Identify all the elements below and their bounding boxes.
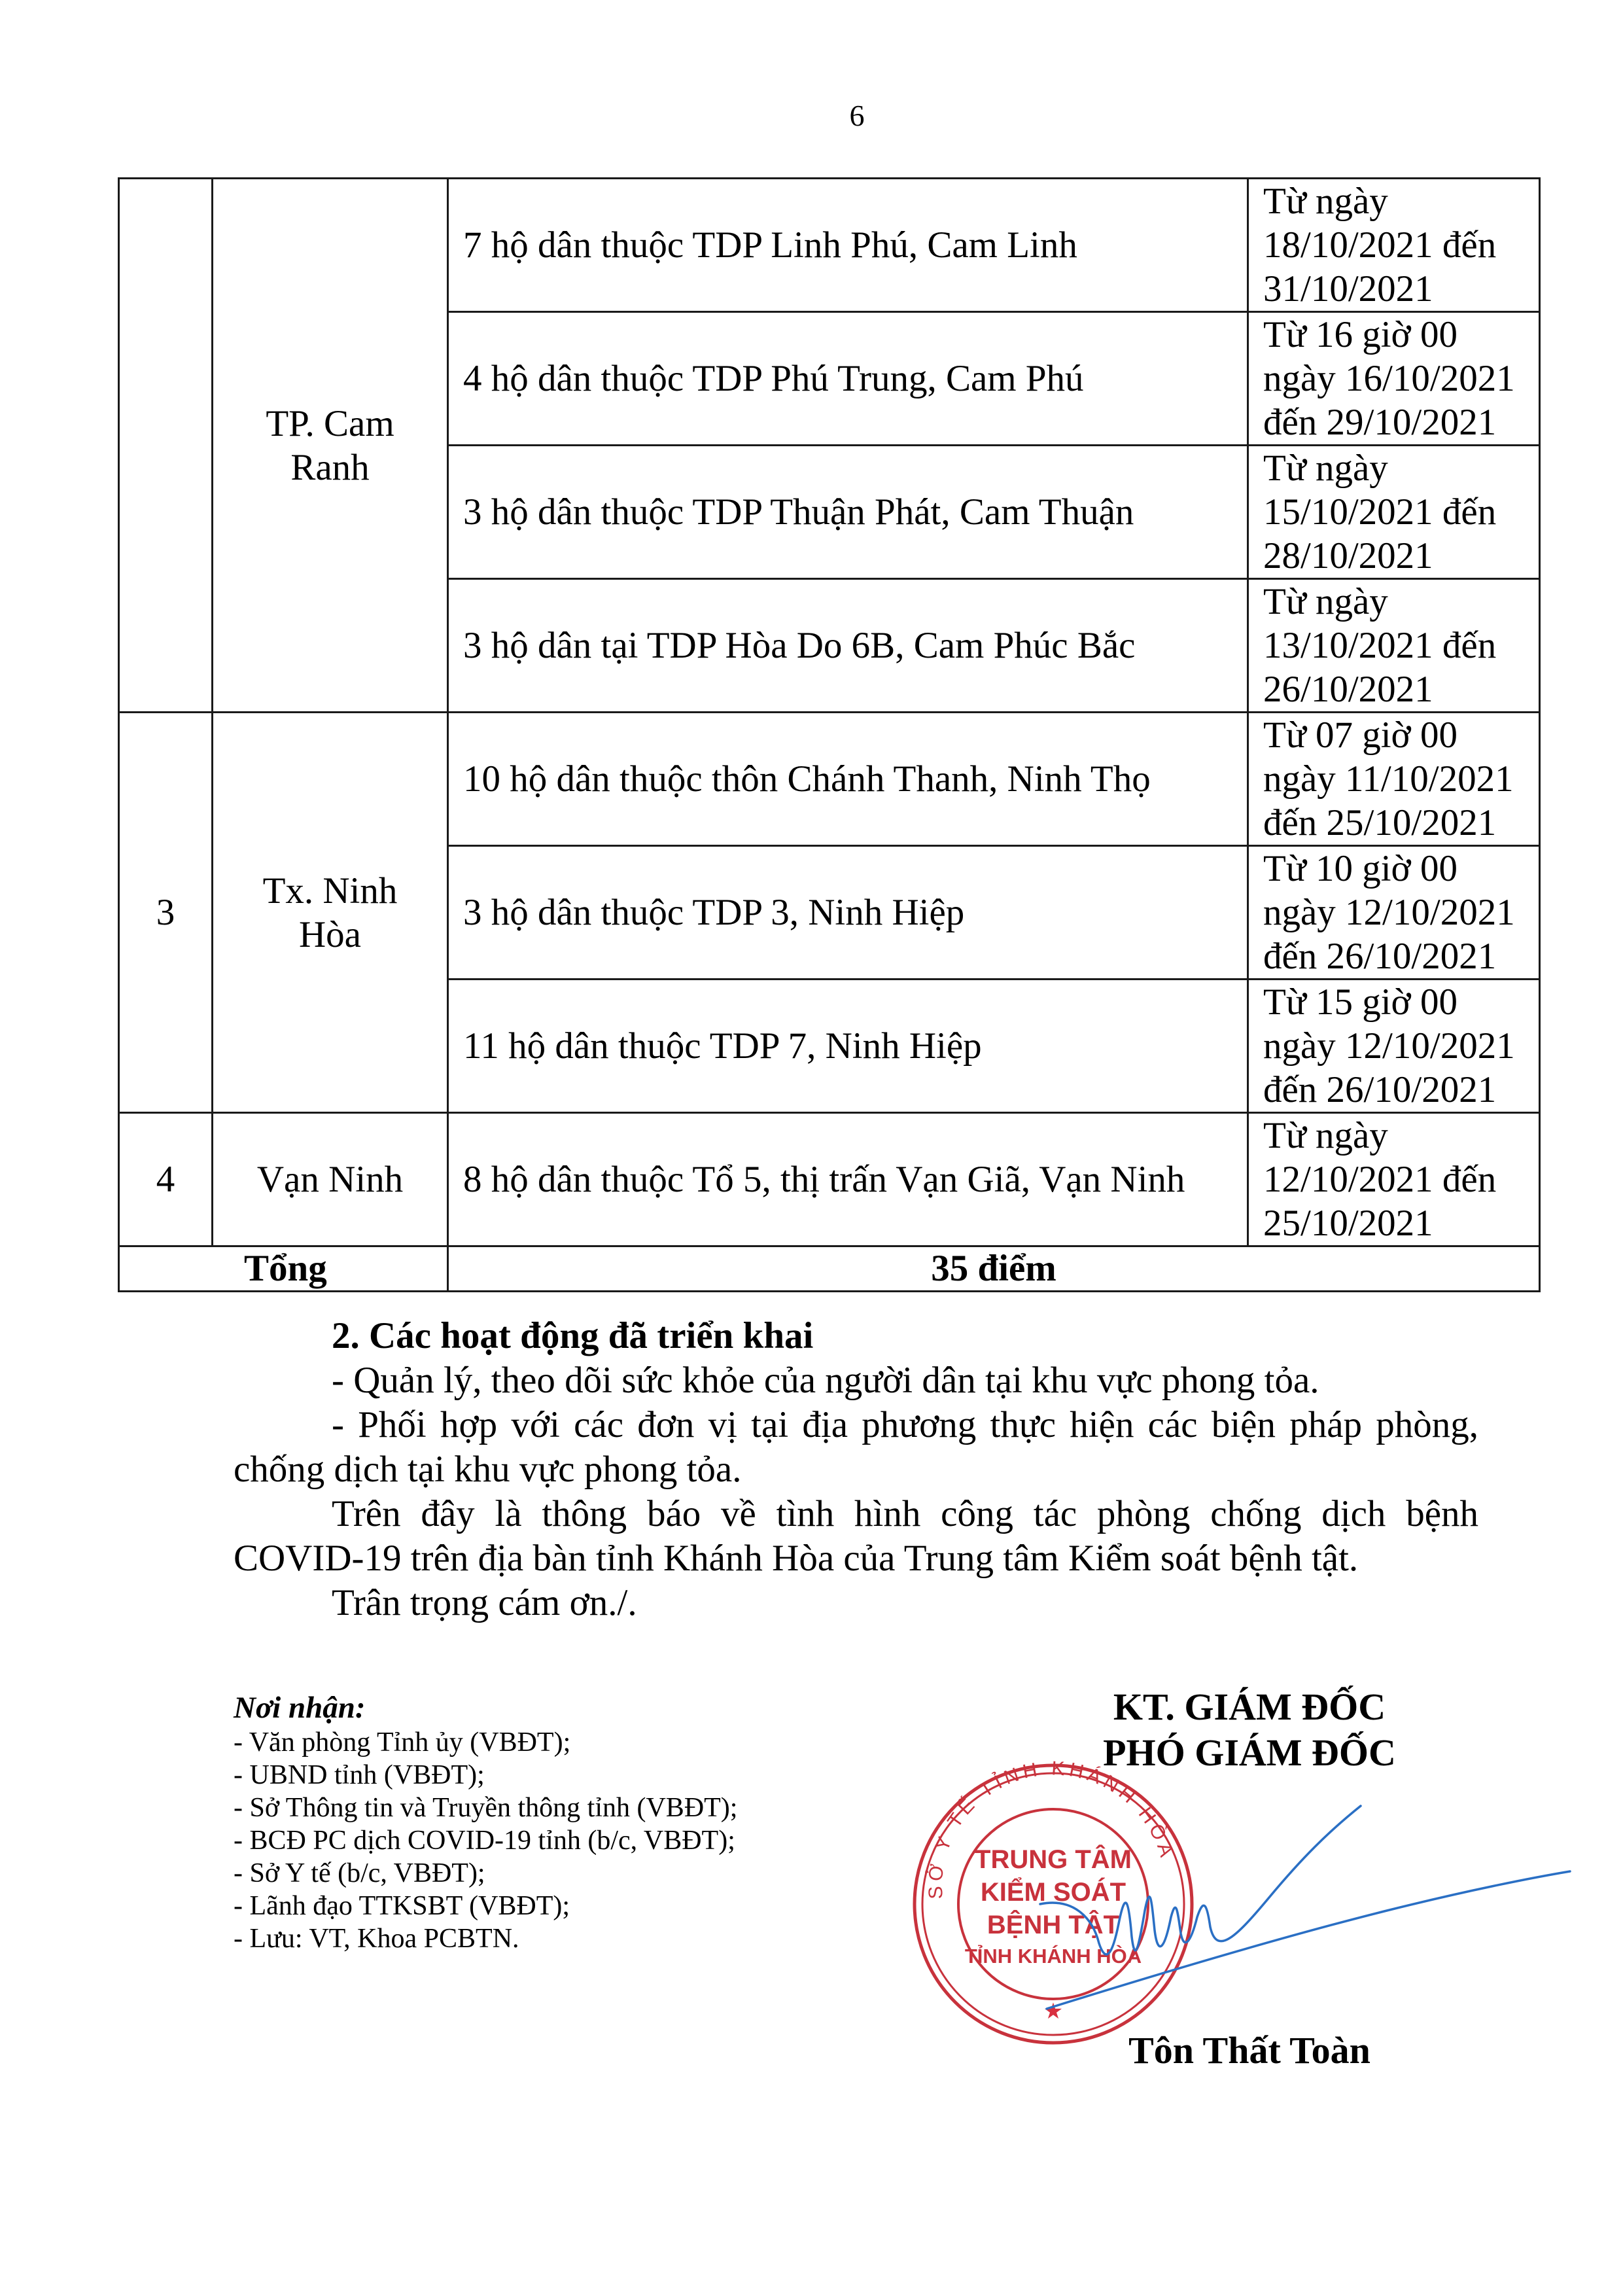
area-cell: Vạn Ninh	[213, 1113, 448, 1246]
period-cell: Từ ngày 15/10/2021 đến 28/10/2021	[1248, 446, 1540, 579]
period-line: ngày 12/10/2021	[1263, 891, 1535, 934]
period-line: Từ ngày	[1263, 580, 1535, 624]
period-line: 26/10/2021	[1263, 667, 1535, 711]
bullet-item: - Quản lý, theo dõi sức khỏe của người d…	[234, 1358, 1478, 1403]
period-line: 13/10/2021 đến	[1263, 624, 1535, 667]
area-cell: TP. Cam Ranh	[213, 179, 448, 713]
handwritten-signature-icon	[1021, 1767, 1577, 2041]
period-line: 31/10/2021	[1263, 267, 1535, 311]
period-line: 25/10/2021	[1263, 1201, 1535, 1245]
total-label: Tổng	[119, 1246, 448, 1292]
recipient-item: - Sở Y tế (b/c, VBĐT);	[234, 1857, 737, 1890]
location-cell: 11 hộ dân thuộc TDP 7, Ninh Hiệp	[448, 980, 1248, 1113]
period-cell: Từ ngày 18/10/2021 đến 31/10/2021	[1248, 179, 1540, 312]
table-row: 3 Tx. Ninh Hòa 10 hộ dân thuộc thôn Chán…	[119, 713, 1540, 846]
period-line: Từ ngày	[1263, 1114, 1535, 1157]
period-line: Từ ngày	[1263, 446, 1535, 490]
thanks-line: Trân trọng cám ơn./.	[234, 1581, 1478, 1625]
signer-name: Tôn Thất Toàn	[1021, 2028, 1478, 2072]
period-line: ngày 11/10/2021	[1263, 757, 1535, 801]
recipient-item: - Văn phòng Tỉnh ủy (VBĐT);	[234, 1726, 737, 1759]
location-cell: 3 hộ dân thuộc TDP Thuận Phát, Cam Thuận	[448, 446, 1248, 579]
period-line: đến 26/10/2021	[1263, 1068, 1535, 1112]
recipients-block: Nơi nhận: - Văn phòng Tỉnh ủy (VBĐT); - …	[234, 1689, 737, 1955]
location-cell: 3 hộ dân tại TDP Hòa Do 6B, Cam Phúc Bắc	[448, 579, 1248, 713]
recipient-item: - BCĐ PC dịch COVID-19 tỉnh (b/c, VBĐT);	[234, 1824, 737, 1857]
lockdown-table: TP. Cam Ranh 7 hộ dân thuộc TDP Linh Phú…	[118, 177, 1541, 1292]
period-line: 12/10/2021 đến	[1263, 1157, 1535, 1201]
period-cell: Từ 10 giờ 00 ngày 12/10/2021 đến 26/10/2…	[1248, 846, 1540, 980]
period-line: Từ 16 giờ 00	[1263, 313, 1535, 357]
stt-cell	[119, 179, 213, 713]
recipient-item: - UBND tỉnh (VBĐT);	[234, 1759, 737, 1792]
period-cell: Từ 07 giờ 00 ngày 11/10/2021 đến 25/10/2…	[1248, 713, 1540, 846]
stt-cell: 3	[119, 713, 213, 1113]
location-cell: 4 hộ dân thuộc TDP Phú Trung, Cam Phú	[448, 312, 1248, 446]
period-line: đến 29/10/2021	[1263, 400, 1535, 444]
recipient-item: - Lưu: VT, Khoa PCBTN.	[234, 1922, 737, 1955]
period-cell: Từ ngày 12/10/2021 đến 25/10/2021	[1248, 1113, 1540, 1246]
area-name-line: TP. Cam	[225, 402, 435, 446]
period-line: 15/10/2021 đến	[1263, 490, 1535, 534]
period-line: Từ 10 giờ 00	[1263, 847, 1535, 891]
period-line: đến 26/10/2021	[1263, 934, 1535, 978]
closing-paragraph: Trên đây là thông báo về tình hình công …	[234, 1492, 1478, 1536]
area-name-line: Ranh	[225, 446, 435, 489]
location-cell: 3 hộ dân thuộc TDP 3, Ninh Hiệp	[448, 846, 1248, 980]
period-line: đến 25/10/2021	[1263, 801, 1535, 845]
bullet-item: - Phối hợp với các đơn vị tại địa phương…	[234, 1403, 1478, 1447]
signer-title-1: KT. GIÁM ĐỐC	[1021, 1685, 1478, 1729]
page-number: 6	[811, 98, 903, 133]
bullet-continuation: chống dịch tại khu vực phong tỏa.	[234, 1447, 1478, 1492]
total-value: 35 điểm	[448, 1246, 1540, 1292]
period-cell: Từ 15 giờ 00 ngày 12/10/2021 đến 26/10/2…	[1248, 980, 1540, 1113]
stt-cell: 4	[119, 1113, 213, 1246]
recipient-item: - Lãnh đạo TTKSBT (VBĐT);	[234, 1890, 737, 1922]
period-line: 18/10/2021 đến	[1263, 223, 1535, 267]
period-line: 28/10/2021	[1263, 534, 1535, 578]
period-cell: Từ 16 giờ 00 ngày 16/10/2021 đến 29/10/2…	[1248, 312, 1540, 446]
recipient-item: - Sở Thông tin và Truyền thông tỉnh (VBĐ…	[234, 1792, 737, 1824]
location-cell: 10 hộ dân thuộc thôn Chánh Thanh, Ninh T…	[448, 713, 1248, 846]
period-line: ngày 16/10/2021	[1263, 357, 1535, 400]
location-cell: 7 hộ dân thuộc TDP Linh Phú, Cam Linh	[448, 179, 1248, 312]
period-line: ngày 12/10/2021	[1263, 1024, 1535, 1068]
closing-paragraph-cont: COVID-19 trên địa bàn tỉnh Khánh Hòa của…	[234, 1536, 1478, 1581]
section-2: 2. Các hoạt động đã triển khai - Quản lý…	[234, 1314, 1478, 1625]
location-cell: 8 hộ dân thuộc Tổ 5, thị trấn Vạn Giã, V…	[448, 1113, 1248, 1246]
total-row: Tổng 35 điểm	[119, 1246, 1540, 1292]
period-line: Từ 15 giờ 00	[1263, 980, 1535, 1024]
period-line: Từ 07 giờ 00	[1263, 713, 1535, 757]
table-row: 4 Vạn Ninh 8 hộ dân thuộc Tổ 5, thị trấn…	[119, 1113, 1540, 1246]
recipients-title: Nơi nhận:	[234, 1689, 737, 1726]
period-line: Từ ngày	[1263, 179, 1535, 223]
table-row: TP. Cam Ranh 7 hộ dân thuộc TDP Linh Phú…	[119, 179, 1540, 312]
period-cell: Từ ngày 13/10/2021 đến 26/10/2021	[1248, 579, 1540, 713]
area-cell: Tx. Ninh Hòa	[213, 713, 448, 1113]
section-heading: 2. Các hoạt động đã triển khai	[234, 1314, 1478, 1358]
area-name-line: Tx. Ninh	[225, 869, 435, 913]
area-name-line: Hòa	[225, 913, 435, 957]
